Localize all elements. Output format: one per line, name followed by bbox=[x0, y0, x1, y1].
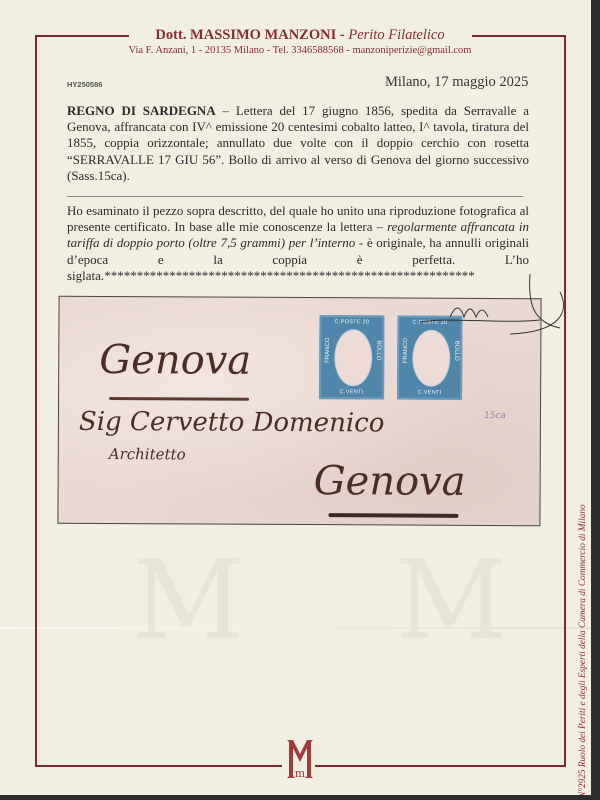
monogram-logo: m bbox=[284, 738, 316, 780]
letterhead: Dott. MASSIMO MANZONI - Perito Filatelic… bbox=[100, 26, 500, 57]
frame-border bbox=[35, 765, 282, 767]
certificate-id: HY250586 bbox=[67, 80, 102, 89]
pencil-note: 15ca bbox=[484, 411, 506, 421]
contact-address: Via F. Anzani, 1 - 20135 Milano - Tel. 3… bbox=[100, 44, 500, 57]
svg-text:m: m bbox=[295, 767, 306, 780]
description-heading: REGNO DI SARDEGNA bbox=[67, 103, 216, 118]
expert-role: Perito Filatelico bbox=[348, 27, 444, 43]
stamp-portrait bbox=[334, 329, 372, 386]
name-separator: - bbox=[336, 27, 348, 43]
handwritten-city: Genova bbox=[314, 458, 466, 505]
frame-border bbox=[564, 35, 566, 767]
monogram-watermark: M bbox=[395, 545, 508, 655]
place-date: Milano, 17 maggio 2025 bbox=[385, 74, 528, 91]
expert-name-line: Dott. MASSIMO MANZONI - Perito Filatelic… bbox=[100, 26, 500, 44]
monogram-watermark: M bbox=[132, 545, 245, 655]
signature-mark bbox=[410, 262, 570, 342]
handwritten-recipient: Sig Cervetto Domenico bbox=[79, 407, 385, 439]
item-description: REGNO DI SARDEGNA – Lettera del 17 giugn… bbox=[67, 103, 529, 184]
divider bbox=[67, 196, 523, 197]
handwritten-title: Architetto bbox=[109, 445, 186, 463]
ink-underline bbox=[328, 513, 458, 518]
frame-border bbox=[315, 765, 566, 767]
certificate-sheet: M M Dott. MASSIMO MANZONI - Perito Filat… bbox=[0, 0, 591, 795]
postage-stamp: C.POSTE 20 FRANCO BOLLO C.VENTI bbox=[319, 315, 384, 399]
frame-border bbox=[35, 35, 37, 767]
handwritten-city: Genova bbox=[99, 337, 251, 384]
registry-note: N°2925 Ruolo dei Periti e degli Esperti … bbox=[578, 504, 588, 795]
expert-name: Dott. MASSIMO MANZONI bbox=[155, 27, 336, 43]
